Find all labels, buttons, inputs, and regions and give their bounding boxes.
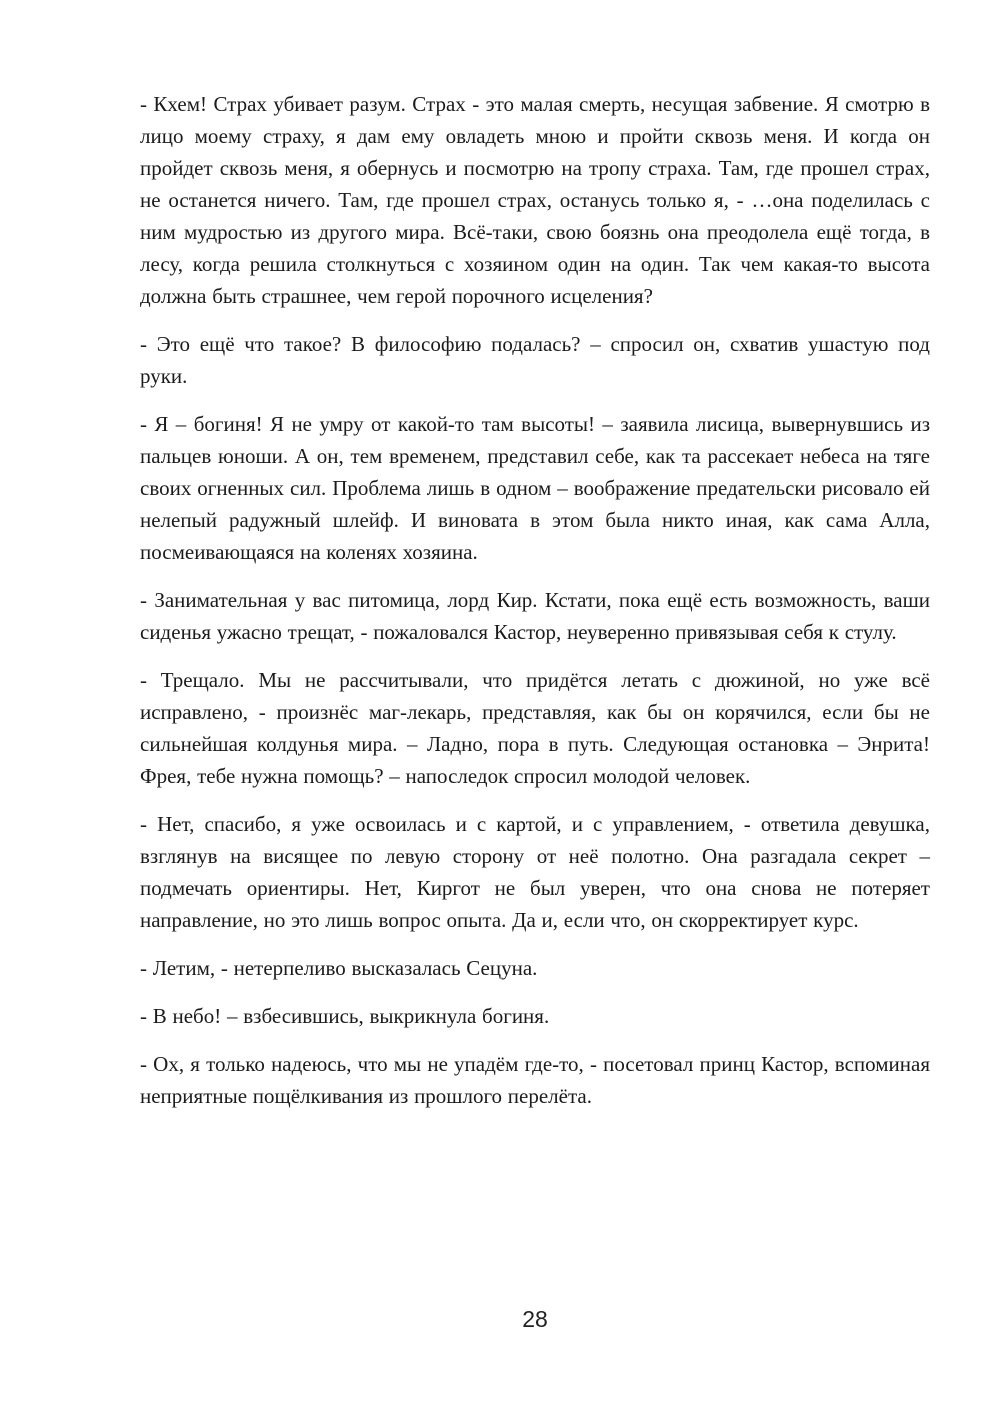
paragraph: - В небо! – взбесившись, выкрикнула боги… bbox=[140, 1000, 930, 1032]
paragraph: - Кхем! Страх убивает разум. Страх - это… bbox=[140, 88, 930, 312]
paragraph: - Трещало. Мы не рассчитывали, что придё… bbox=[140, 664, 930, 792]
page-number: 28 bbox=[522, 1306, 548, 1332]
paragraph: - Нет, спасибо, я уже освоилась и с карт… bbox=[140, 808, 930, 936]
document-page: - Кхем! Страх убивает разум. Страх - это… bbox=[0, 0, 1000, 1414]
page-footer: 28 bbox=[140, 1306, 930, 1332]
paragraph: - Летим, - нетерпеливо высказалась Сецун… bbox=[140, 952, 930, 984]
paragraph: - Ох, я только надеюсь, что мы не упадём… bbox=[140, 1048, 930, 1112]
paragraph: - Занимательная у вас питомица, лорд Кир… bbox=[140, 584, 930, 648]
paragraph: - Это ещё что такое? В философию подалас… bbox=[140, 328, 930, 392]
paragraph: - Я – богиня! Я не умру от какой-то там … bbox=[140, 408, 930, 568]
text-block: - Кхем! Страх убивает разум. Страх - это… bbox=[140, 88, 930, 1128]
